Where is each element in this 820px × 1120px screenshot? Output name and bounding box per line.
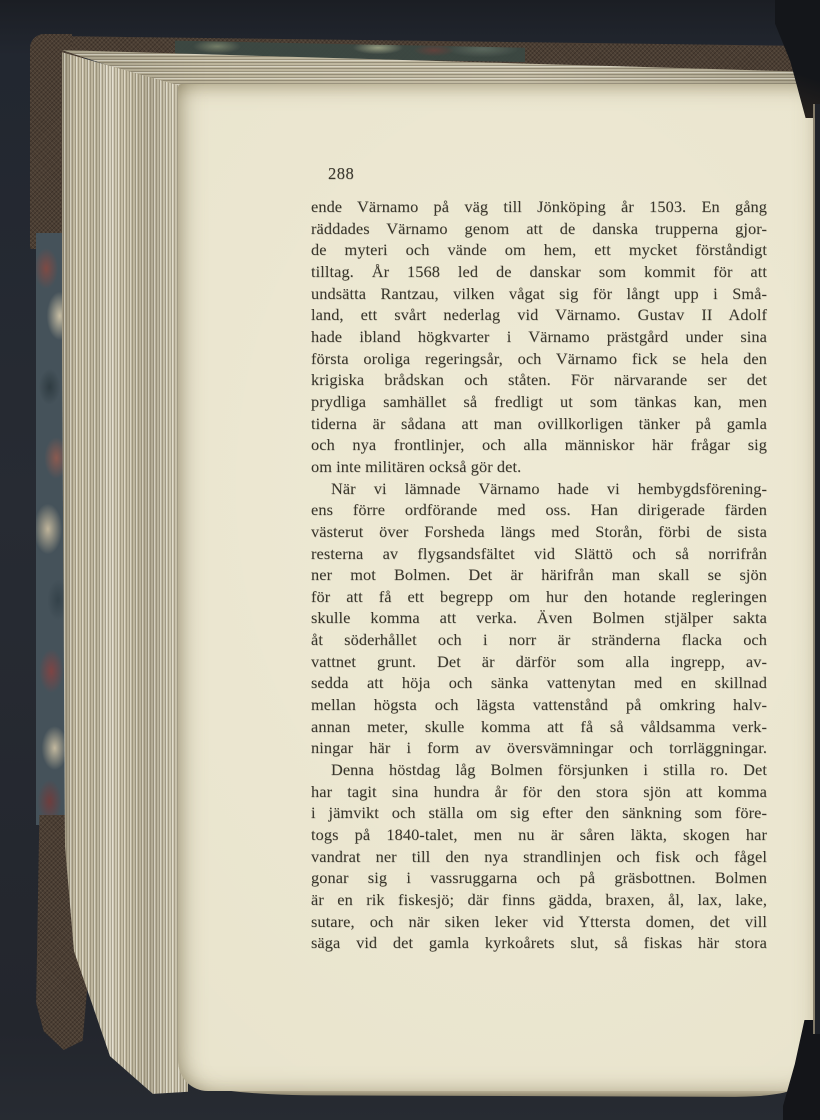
text-line: är en rik fiskesjö; där finns gädda, bra…: [311, 889, 767, 911]
text-line: ningar här i form av översvämningar och …: [311, 737, 767, 759]
text-line: ende Värnamo på väg till Jönköping år 15…: [311, 196, 767, 218]
text-line: västerut över Forsheda längs med Storån,…: [311, 521, 767, 543]
text-line: sutare, och när siken leker vid Yttersta…: [311, 911, 767, 933]
text-line: vandrat ner till den nya strandlinjen oc…: [311, 846, 767, 868]
text-line: När vi lämnade Värnamo hade vi hembygdsf…: [311, 478, 767, 500]
text-line: och nya frontlinjer, och alla människor …: [311, 434, 767, 456]
text-line: tilltag. År 1568 led de danskar som komm…: [311, 261, 767, 283]
text-line: Denna höstdag låg Bolmen försjunken i st…: [311, 759, 767, 781]
text-line: de myteri och vände om hem, ett mycket f…: [311, 239, 767, 261]
text-line: räddades Värnamo genom att de danska tru…: [311, 218, 767, 240]
scanned-book-photo: 288 ende Värnamo på väg till Jönköping å…: [0, 0, 820, 1120]
page-edges-left: [58, 46, 188, 1096]
text-line: gonar sig i vassruggarna och på gräsbott…: [311, 867, 767, 889]
text-line: ens förre ordförande med oss. Han dirige…: [311, 499, 767, 521]
paragraph: Denna höstdag låg Bolmen försjunken i st…: [311, 759, 767, 954]
text-block: ende Värnamo på väg till Jönköping år 15…: [311, 196, 767, 954]
text-line: har tagit sina hundra år för den stora s…: [311, 781, 767, 803]
text-line: resterna av flygsandsfältet vid Slättö o…: [311, 543, 767, 565]
text-line: säga vid det gamla kyrkoårets slut, så f…: [311, 932, 767, 954]
text-line: tiderna är sådana att man ovillkorligen …: [311, 413, 767, 435]
text-line: vattnet grunt. Det är därför som alla in…: [311, 651, 767, 673]
text-line: land, ett svårt nederlag vid Värnamo. Gu…: [311, 304, 767, 326]
text-line: ner mot Bolmen. Det är härifrån man skal…: [311, 564, 767, 586]
text-line: åt söderhållet och i norr är stränderna …: [311, 629, 767, 651]
book-page: 288 ende Värnamo på väg till Jönköping å…: [178, 84, 816, 1091]
text-line: om inte militären också gör det.: [311, 456, 767, 478]
page-number: 288: [328, 164, 354, 184]
text-line: sedda att höja och sänka vattenytan med …: [311, 672, 767, 694]
text-line: annan meter, skulle komma att få så våld…: [311, 716, 767, 738]
text-line: krigiska brådskan och ståten. För närvar…: [311, 369, 767, 391]
text-line: mellan högsta och lägsta vattenstånd på …: [311, 694, 767, 716]
text-line: prydliga samhället så fredligt ut som tä…: [311, 391, 767, 413]
paragraph: ende Värnamo på väg till Jönköping år 15…: [311, 196, 767, 478]
paragraph: När vi lämnade Värnamo hade vi hembygdsf…: [311, 478, 767, 760]
photo-right-edge: [813, 104, 820, 1034]
text-line: första oroliga regeringsår, och Värnamo …: [311, 348, 767, 370]
text-line: hade ibland högkvarter i Värnamo prästgå…: [311, 326, 767, 348]
text-line: togs på 1840-talet, men nu är såren läkt…: [311, 824, 767, 846]
text-line: undsätta Rantzau, vilken vågat sig för l…: [311, 283, 767, 305]
text-line: för att få ett begrepp om hur den hotand…: [311, 586, 767, 608]
text-line: skulle komma att verka. Även Bolmen stjä…: [311, 607, 767, 629]
text-line: i jämvikt och ställa om sig efter den sä…: [311, 802, 767, 824]
